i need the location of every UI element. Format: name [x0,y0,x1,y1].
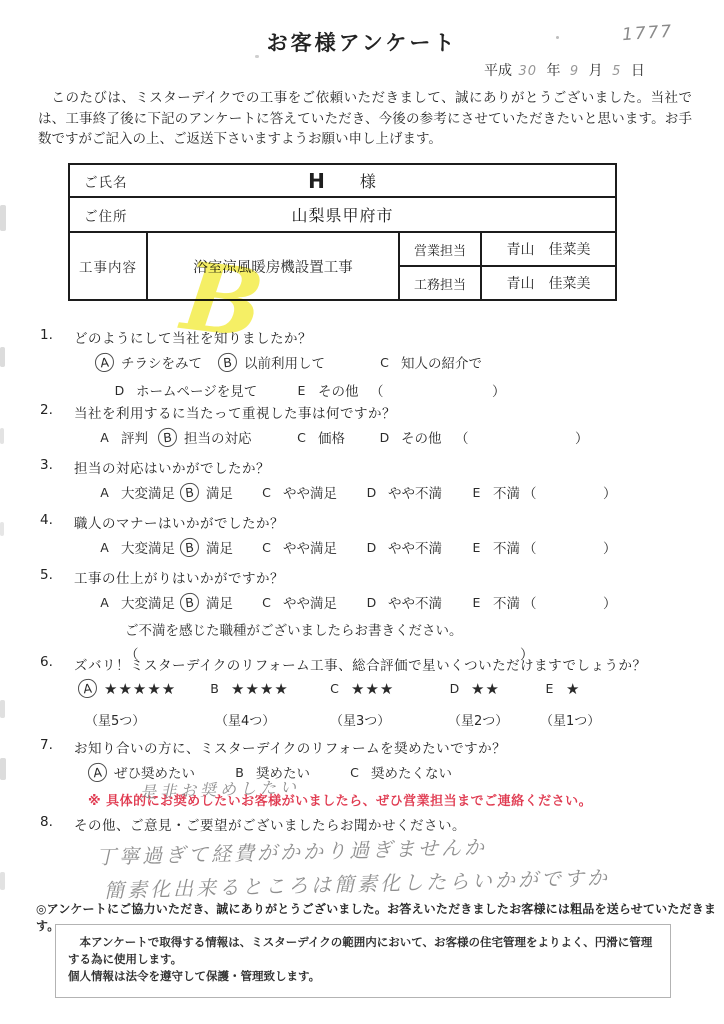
handwritten-month: 9 [570,64,579,79]
construction-label: 工務担当 [400,267,482,299]
option-letter: A [95,593,114,612]
question-text: その他、ご意見・ご要望がございましたらお聞かせください。 [74,814,466,834]
answer-blank-close: ） [603,592,617,612]
option-letter: C [292,428,311,447]
scan-artifact [0,522,4,536]
option-letter: D [362,593,381,612]
scan-artifact [0,700,5,718]
option-letter: C [257,538,276,557]
handwritten-year: 30 [518,64,537,79]
option-letter: E [467,593,486,612]
options-row: A評判 B担当の対応 C価格 Dその他 （ ） [40,427,700,450]
date-era: 平成 [484,63,512,79]
five-stars: ★★★★★ [104,680,176,698]
question-text: ズバリ！ミスターデイクのリフォーム工事、総合評価で星いくついただけますでしょうか… [74,654,647,674]
scan-dot [556,36,559,39]
option-letter: C [345,763,364,782]
question-number: 5. [40,567,74,587]
customer-info-table: ご氏名 H 様 ご住所 山梨県甲府市 工事内容 浴室涼風暖房機設置工事 営業担当… [68,163,617,301]
handwritten-q8-line1: 丁寧過ぎて経費がかかり過ぎませんか [96,831,488,870]
answer-blank-open: （ [455,427,469,447]
staff-cells: 営業担当 青山 佳菜美 工務担当 青山 佳菜美 [400,233,615,299]
construction-row: 工務担当 青山 佳菜美 [400,267,615,299]
option-letter: A [95,538,114,557]
circled-answer-mark: B [179,592,200,613]
option-letter: D [362,483,381,502]
row-name: ご氏名 H 様 [70,165,615,198]
sales-value: 青山 佳菜美 [482,233,615,265]
privacy-text-line2: 個人情報は法令を遵守して保護・管理致します。 [68,968,658,985]
question-text: 担当の対応はいかがでしたか？ [74,457,270,477]
name-value: H 様 [70,165,615,196]
option-letter: A [95,483,114,502]
question-text: 当社を利用するに当たって重視した事は何ですか？ [74,402,396,422]
address-value: 山梨県甲府市 [70,198,615,231]
option-letter: C [257,593,276,612]
date-month-unit: 月 [589,63,603,79]
answer-blank-open: （ [523,592,537,612]
answer-blank-open: （ [523,537,537,557]
options-row: A大変満足 B満足 Cやや満足 Dやや不満 E不満 （ ） [40,592,700,615]
dissatisfaction-note: ご不満を感じた職種がございましたらお書きください。 [40,619,700,639]
options-row: A大変満足 B満足 Cやや満足 Dやや不満 E不満 （ ） [40,482,700,505]
question-number: 4. [40,512,74,532]
question-number: 7. [40,737,74,757]
scan-artifact [255,55,259,58]
answer-blank-open: （ [523,482,537,502]
date-day-unit: 日 [631,63,645,79]
options-row: Aチラシをみて B以前利用して C知人の紹介で [40,352,700,375]
question-number: 3. [40,457,74,477]
answer-blank-close: ） [492,380,506,400]
option-letter: E [467,483,486,502]
option-letter: D [375,428,394,447]
work-label: 工事内容 [70,233,148,299]
option-letter: D [445,679,464,698]
circled-answer-mark: A [77,678,98,699]
star-count-label: （星1つ） [540,710,600,729]
question-1: 1. どのようにして当社を知りましたか？ Aチラシをみて B以前利用して C知人… [40,327,700,403]
star-count-label: （星3つ） [330,710,390,729]
scan-artifact [0,205,6,231]
two-stars: ★★ [471,680,500,698]
sales-row: 営業担当 青山 佳菜美 [400,233,615,267]
options-row: Dホームページを見て Eその他 （ ） [40,380,700,403]
star-sublabels-row: （星5つ） （星4つ） （星3つ） （星2つ） （星1つ） [40,710,700,733]
survey-sheet: お客様アンケート 1777 平成 30 年 9 月 5 日 このたびは、ミスター… [0,0,724,1024]
question-5: 5. 工事の仕上がりはいかがですか？ A大変満足 B満足 Cやや満足 Dやや不満… [40,567,700,663]
question-4: 4. 職人のマナーはいかがでしたか？ A大変満足 B満足 Cやや満足 Dやや不満… [40,512,700,560]
question-6: 6. ズバリ！ミスターデイクのリフォーム工事、総合評価で星いくついただけますでし… [40,654,700,733]
question-7: 7. お知り合いの方に、ミスターデイクのリフォームを奨めたいですか？ Aぜひ奨め… [40,737,700,808]
circled-answer-mark: A [94,352,115,373]
scan-artifact [0,758,6,780]
option-letter: E [292,381,311,400]
star-options-row: A★★★★★ B★★★★ C★★★ D★★ E★ [40,679,700,705]
circled-answer-mark: B [179,482,200,503]
circled-answer-mark: B [157,427,178,448]
answer-blank-close: ） [603,537,617,557]
scan-artifact [0,428,4,444]
privacy-text-line1: 本アンケートで取得する情報は、ミスターデイクの範囲内において、お客様の住宅管理を… [68,934,658,968]
option-letter: C [375,353,394,372]
question-2: 2. 当社を利用するに当たって重視した事は何ですか？ A評判 B担当の対応 C価… [40,402,700,450]
option-letter: B [205,679,224,698]
referral-red-note: ※ 具体的にお奨めしたいお客様がいましたら、ぜひ営業担当までご連絡ください。 [40,790,700,808]
option-letter: A [95,428,114,447]
one-star: ★ [566,680,580,698]
question-3: 3. 担当の対応はいかがでしたか？ A大変満足 B満足 Cやや満足 Dやや不満 … [40,457,700,505]
question-number: 2. [40,402,74,422]
circled-answer-mark: A [87,762,108,783]
date-line: 平成 30 年 9 月 5 日 [484,60,704,80]
scan-artifact [0,872,5,890]
four-stars: ★★★★ [231,680,289,698]
question-text: お知り合いの方に、ミスターデイクのリフォームを奨めたいですか？ [74,737,506,757]
date-year-unit: 年 [546,63,560,79]
star-count-label: （星4つ） [215,710,275,729]
privacy-box: 本アンケートで取得する情報は、ミスターデイクの範囲内において、お客様の住宅管理を… [55,924,671,998]
question-number: 6. [40,654,74,674]
handwritten-day: 5 [612,64,621,79]
construction-value: 青山 佳菜美 [482,267,615,299]
question-text: 工事の仕上がりはいかがですか？ [74,567,284,587]
option-letter: D [110,381,129,400]
answer-blank-close: ） [603,482,617,502]
star-count-label: （星5つ） [85,710,145,729]
question-text: どのようにして当社を知りましたか？ [74,327,312,347]
star-count-label: （星2つ） [448,710,508,729]
question-number: 8. [40,814,74,834]
answer-blank-close: ） [575,427,589,447]
option-letter: C [257,483,276,502]
row-work: 工事内容 浴室涼風暖房機設置工事 営業担当 青山 佳菜美 工務担当 青山 佳菜美 [70,233,615,299]
row-address: ご住所 山梨県甲府市 [70,198,615,233]
option-letter: D [362,538,381,557]
sales-label: 営業担当 [400,233,482,265]
question-number: 1. [40,327,74,347]
answer-blank-open: （ [370,380,384,400]
option-letter: C [325,679,344,698]
circled-answer-mark: B [217,352,238,373]
option-letter: E [467,538,486,557]
circled-answer-mark: B [179,537,200,558]
work-value: 浴室涼風暖房機設置工事 [148,233,400,299]
intro-paragraph: このたびは、ミスターデイクでの工事をご依頼いただきまして、誠にありがとうございま… [38,88,692,150]
options-row: A大変満足 B満足 Cやや満足 Dやや不満 E不満 （ ） [40,537,700,560]
scan-artifact [0,347,5,367]
question-8: 8. その他、ご意見・ご要望がございましたらお聞かせください。 [40,814,700,834]
page-title: お客様アンケート [0,27,724,57]
three-stars: ★★★ [351,680,394,698]
option-letter: E [540,679,559,698]
question-text: 職人のマナーはいかがでしたか？ [74,512,284,532]
